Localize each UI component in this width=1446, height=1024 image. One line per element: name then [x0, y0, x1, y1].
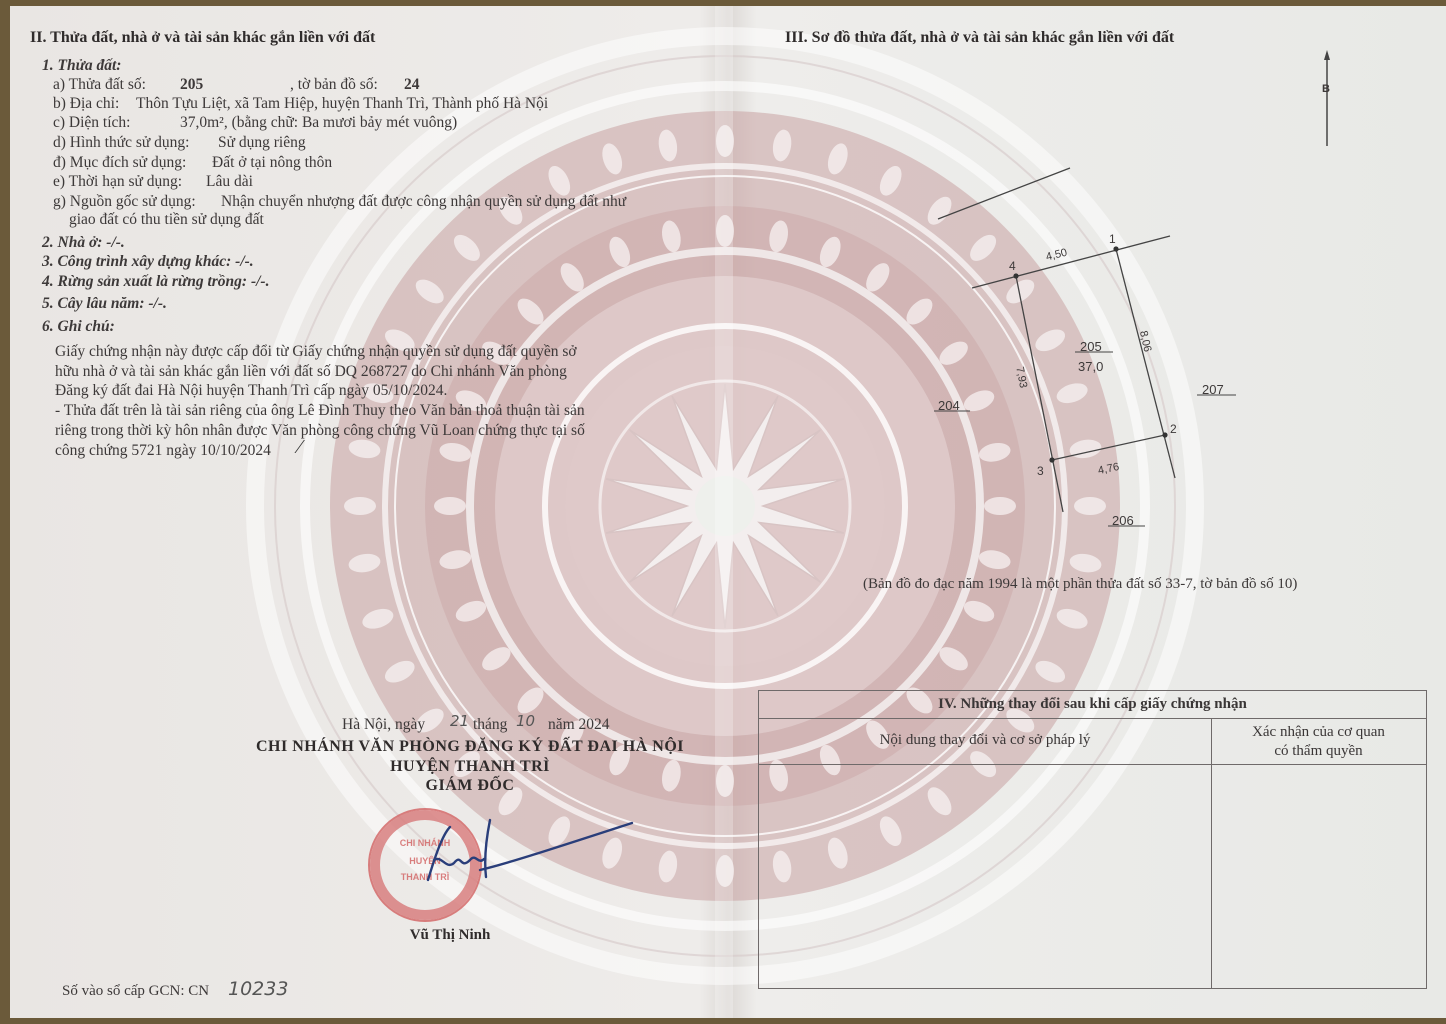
- house-item: 2. Nhà ở: -/-.: [42, 233, 125, 252]
- signer-name: Vũ Thị Ninh: [360, 926, 540, 945]
- changes-table: IV. Những thay đổi sau khi cấp giấy chứn…: [758, 690, 1427, 989]
- address-label: b) Địa chỉ:: [53, 94, 119, 113]
- section-iii-title: III. Sơ đồ thửa đất, nhà ở và tài sản kh…: [785, 28, 1174, 47]
- vertex-label: 1: [1109, 230, 1116, 249]
- date-month: 10: [516, 712, 535, 731]
- col-header-confirmation-2: có thẩm quyền: [1211, 742, 1426, 761]
- use-form: Sử dụng riêng: [218, 133, 306, 152]
- org-line2: HUYỆN THANH TRÌ: [230, 757, 710, 776]
- neighbor-parcel: 206: [1112, 511, 1134, 530]
- north-label: B: [1322, 80, 1330, 99]
- perennial-item: 5. Cây lâu năm: -/-.: [42, 294, 167, 313]
- registry-label: Số vào sổ cấp GCN: CN: [62, 982, 209, 1001]
- org-line1: CHI NHÁNH VĂN PHÒNG ĐĂNG KÝ ĐẤT ĐAI HÀ N…: [230, 737, 710, 756]
- map-sheet-label: , tờ bản đồ số:: [290, 75, 378, 94]
- col-header-content: Nội dung thay đổi và cơ sở pháp lý: [759, 731, 1211, 750]
- note-line: hữu nhà ở và tài sản khác gắn liền với đ…: [55, 362, 567, 381]
- origin-label: g) Nguồn gốc sử dụng:: [53, 192, 196, 211]
- signature-icon: [420, 815, 640, 895]
- registry-no: 10233: [228, 980, 288, 999]
- note-line: công chứng 5721 ngày 10/10/2024: [55, 441, 271, 460]
- month-label: tháng: [473, 715, 507, 734]
- checkmark-stroke: ⁄: [298, 438, 301, 457]
- vertex-label: 3: [1037, 462, 1044, 481]
- edge-length: 7,93: [1009, 365, 1032, 390]
- signer-title: GIÁM ĐỐC: [230, 776, 710, 795]
- year-label: năm 2024: [548, 715, 610, 734]
- area: 37,0m², (bằng chữ: Ba mươi bảy mét vuông…: [180, 113, 457, 132]
- note-line: Giấy chứng nhận này được cấp đổi từ Giấy…: [55, 342, 577, 361]
- use-form-label: d) Hình thức sử dụng:: [53, 133, 190, 152]
- neighbor-parcel: 204: [938, 396, 960, 415]
- term: Lâu dài: [206, 172, 253, 191]
- changes-table-title-row: IV. Những thay đổi sau khi cấp giấy chứn…: [759, 691, 1426, 719]
- col-header-confirmation-1: Xác nhận của cơ quan: [1211, 723, 1426, 742]
- parcel-no-label: a) Thửa đất số:: [53, 75, 146, 94]
- parcel-label: 205: [1080, 337, 1102, 356]
- purpose: Đất ở tại nông thôn: [212, 153, 332, 172]
- term-label: e) Thời hạn sử dụng:: [53, 172, 182, 191]
- origin-line1: Nhận chuyển nhượng đất được công nhận qu…: [221, 192, 626, 211]
- area-label: c) Diện tích:: [53, 113, 130, 132]
- changes-table-header-row: Nội dung thay đổi và cơ sở pháp lý Xác n…: [759, 719, 1426, 765]
- map-note: (Bản đồ đo đạc năm 1994 là một phần thửa…: [863, 575, 1297, 594]
- land-heading: 1. Thửa đất:: [42, 56, 121, 75]
- note-line: - Thửa đất trên là tài sản riêng của ông…: [55, 401, 585, 420]
- date-day: 21: [450, 712, 469, 731]
- purpose-label: đ) Mục đích sử dụng:: [53, 153, 186, 172]
- neighbor-parcel: 207: [1202, 380, 1224, 399]
- origin-line2: giao đất có thu tiền sử dụng đất: [69, 210, 264, 229]
- notes-heading: 6. Ghi chú:: [42, 317, 115, 336]
- parcel-no: 205: [180, 75, 203, 94]
- map-sheet: 24: [404, 75, 420, 94]
- address: Thôn Tựu Liệt, xã Tam Hiệp, huyện Thanh …: [136, 94, 548, 113]
- vertex-label: 4: [1009, 257, 1016, 276]
- note-line: riêng trong thời kỳ hôn nhân được Văn ph…: [55, 421, 585, 440]
- section-ii-title: II. Thửa đất, nhà ở và tài sản khác gắn …: [30, 28, 375, 47]
- note-line: Đăng ký đất đai Hà Nội huyện Thanh Trì c…: [55, 381, 447, 400]
- changes-table-title: IV. Những thay đổi sau khi cấp giấy chứn…: [759, 695, 1426, 714]
- date-prefix: Hà Nội, ngày: [342, 715, 425, 734]
- forest-item: 4. Rừng sản xuất là rừng trồng: -/-.: [42, 272, 269, 291]
- column-divider: [1211, 719, 1212, 988]
- parcel-area: 37,0: [1078, 357, 1103, 376]
- other-construction-item: 3. Công trình xây dựng khác: -/-.: [42, 252, 254, 271]
- vertex-label: 2: [1170, 420, 1177, 439]
